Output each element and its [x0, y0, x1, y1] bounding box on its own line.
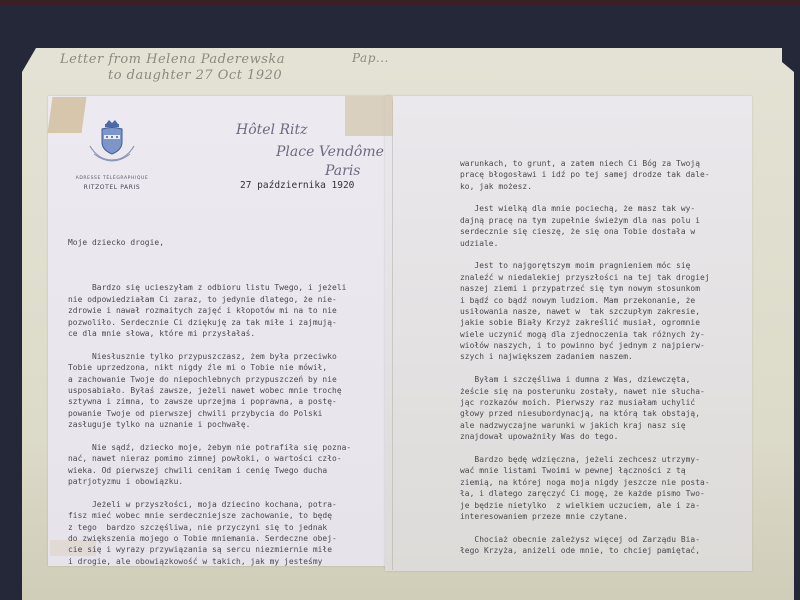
left-paragraph: Niesłusznie tylko przypuszczasz, żem był…	[68, 351, 351, 431]
text-line: patrjotyzmu i obowiązku.	[68, 476, 351, 487]
text-line: fisz mieć wobec mnie serdeczniejsze zach…	[68, 510, 351, 521]
text-line: wiele uczynić mogą dla zjednoczenia tak …	[460, 329, 710, 340]
text-line: serdecznie się cieszę, że się ona Tobie …	[460, 226, 710, 237]
text-line: Jest wielką dla mnie pociechą, że masz t…	[460, 203, 710, 214]
text-line: pracę błogosławi i idź po tej samej drod…	[460, 169, 710, 180]
right-paragraph: warunkach, to grunt, a zatem niech Ci Bó…	[460, 158, 710, 192]
text-line: je będzie nietylko z wielkiem uczuciem, …	[460, 500, 710, 511]
text-line: znajdował upoważniły Was do tego.	[460, 431, 710, 442]
text-line: z tego bardzo szczęśliwa, nie przyczyni …	[68, 522, 351, 533]
archive-note-tag: Pap...	[352, 51, 389, 65]
text-line: wieka. Od pierwszej chwili ceniłam i cen…	[68, 465, 351, 476]
text-line: znaleźć w niedalekiej przyszłości na tej…	[460, 272, 710, 283]
hotel-crest-icon	[84, 118, 140, 170]
text-line: zasługuje tylko na uznanie i pochwałę.	[68, 419, 351, 430]
right-paragraph: Jest wielką dla mnie pociechą, że masz t…	[460, 203, 710, 249]
text-line: warunkach, to grunt, a zatem niech Ci Bó…	[460, 158, 710, 169]
text-line: żeście się na posterunku zostały, nawet …	[460, 386, 710, 397]
text-line: Jeżeli w przyszłości, moja dziecino koch…	[68, 499, 351, 510]
text-line: ła, i dlatego zaręczyć Ci mogę, że każde…	[460, 488, 710, 499]
letter-body-right: warunkach, to grunt, a zatem niech Ci Bó…	[460, 135, 710, 579]
text-line: Tobie uprzedzona, nikt nigdy źle mi o To…	[68, 362, 351, 373]
left-paragraph: Bardzo się ucieszyłam z odbioru listu Tw…	[68, 282, 351, 339]
text-line: nie odpowiedziałam Ci zaraz, to jedynie …	[68, 294, 351, 305]
text-line: pozwoliło. Serdecznie Ci dziękuję za tak…	[68, 317, 351, 328]
text-line: wiołów naszych, i to powinno być jednym …	[460, 340, 710, 351]
text-line: szych i największem zadaniem naszem.	[460, 351, 710, 362]
page-fold	[392, 100, 393, 570]
letter-date: 27 października 1920	[240, 180, 354, 191]
text-line: udziale.	[460, 238, 710, 249]
left-paragraph: Jeżeli w przyszłości, moja dziecino koch…	[68, 499, 351, 567]
text-line: Niesłusznie tylko przypuszczasz, żem był…	[68, 351, 351, 362]
text-line: Byłam i szczęśliwa i dumna z Was, dziewc…	[460, 374, 710, 385]
text-line: głowy przed niesubordynacją, na którą ta…	[460, 408, 710, 419]
text-line: nać, nawet nieraz pomimo zimnej powłoki,…	[68, 453, 351, 464]
text-line: wać mnie listami Twoimi w pewnej łącznoś…	[460, 465, 710, 476]
text-line: usposabiało. Byłaś zawsze, jeżeli nawet …	[68, 385, 351, 396]
left-paragraph: Nie sądź, dziecko moje, żebym nie potraf…	[68, 442, 351, 488]
text-line: ce dla mnie słowa, które mi przysłałaś.	[68, 328, 351, 339]
text-line: łego Krzyża, aniżeli ode mnie, to chciej…	[460, 545, 710, 556]
text-line: Bardzo się ucieszyłam z odbioru listu Tw…	[68, 282, 351, 293]
tape-top-center	[345, 96, 393, 136]
text-line: Nie sądź, dziecko moje, żebym nie potraf…	[68, 442, 351, 453]
hotel-street: Place Vendôme	[276, 144, 384, 160]
text-line: Chociaż obecnie zależysz więcej od Zarzą…	[460, 534, 710, 545]
right-paragraph: Byłam i szczęśliwa i dumna z Was, dziewc…	[460, 374, 710, 442]
right-paragraph: Chociaż obecnie zależysz więcej od Zarzą…	[460, 534, 710, 557]
archive-note-line1: Letter from Helena Paderewska	[60, 52, 285, 67]
telegraph-label: ADRESSE TÉLÉGRAPHIQUE	[62, 176, 162, 181]
text-line: do zwiększenia mojego o Tobie mniemania.…	[68, 533, 351, 544]
salutation: Moje dziecko drogie,	[68, 237, 351, 248]
text-line: interesowaniem przeze mnie czytane.	[460, 511, 710, 522]
text-line: naszej ziemi i przypatrzeć się tym nowym…	[460, 283, 710, 294]
text-line: i drogie, ale obowiązkowość w takich, ja…	[68, 556, 351, 567]
text-line: dajną pracę na tym zupełnie świeżym dla …	[460, 215, 710, 226]
text-line: i bądź co bądź nowym ludziom. Mam przeko…	[460, 295, 710, 306]
text-line: usiłowania nasze, nawet w tak szczupłym …	[460, 306, 710, 317]
text-line: jakie sobie Biały Krzyż zakreślić musiał…	[460, 317, 710, 328]
letter-body-left: Moje dziecko drogie, Bardzo się ucieszył…	[68, 214, 351, 590]
archive-note-line2: to daughter 27 Oct 1920	[108, 68, 282, 83]
telegraph-address: RITZOTEL PARIS	[62, 184, 162, 191]
text-line: a zachowanie Twoje do niepochlebnych prz…	[68, 374, 351, 385]
text-line: Jest to najgorętszym moim pragnieniem mó…	[460, 260, 710, 271]
text-line: ale nadzwyczajne warunki w jakich kraj n…	[460, 420, 710, 431]
text-line: jąc rozkazów moich. Pierwszy raz musiała…	[460, 397, 710, 408]
text-line: sztywna i zimna, to zawsze uprzejma i po…	[68, 396, 351, 407]
text-line: Bardzo będę wdzięczna, jeżeli zechcesz u…	[460, 454, 710, 465]
text-line: ziemią, na której noga moja nigdy jeszcz…	[460, 477, 710, 488]
right-paragraph: Jest to najgorętszym moim pragnieniem mó…	[460, 260, 710, 363]
tape-top-left	[47, 97, 86, 133]
right-paragraph: Bardzo będę wdzięczna, jeżeli zechcesz u…	[460, 454, 710, 522]
hotel-city: Paris	[325, 163, 361, 179]
frame-edge	[0, 0, 800, 6]
text-line: ko, jak możesz.	[460, 181, 710, 192]
text-line: powanie Twoje od pierwszej chwili przyby…	[68, 408, 351, 419]
text-line: zdrowie i nawał rozmaitych zajęć i kłopo…	[68, 305, 351, 316]
hotel-name: Hôtel Ritz	[236, 122, 308, 138]
text-line: cie się i wyrazy przywiązania są sercu n…	[68, 544, 351, 555]
